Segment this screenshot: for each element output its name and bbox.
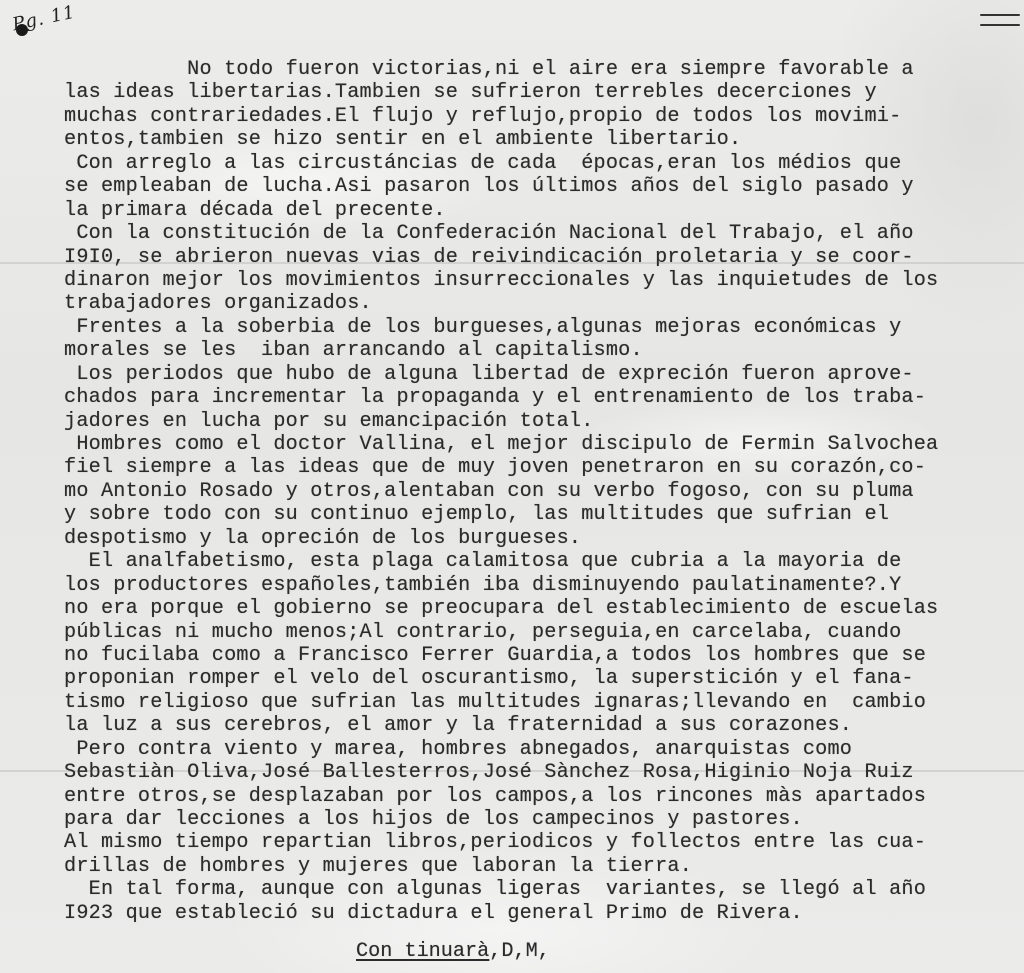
text-line: y sobre todo con su continuo ejemplo, la… <box>64 503 1024 526</box>
text-line: Frentes a la soberbia de los burgueses,a… <box>64 316 1024 339</box>
text-line: Pero contra viento y marea, hombres abne… <box>64 738 1024 761</box>
text-line: entos,tambien se hizo sentir en el ambie… <box>64 128 1024 151</box>
document-body: No todo fueron victorias,ni el aire era … <box>64 58 1024 925</box>
text-line: no era porque el gobierno se preocupara … <box>64 597 1024 620</box>
closing-signoff: ,D,M, <box>489 940 550 963</box>
closing-line: Con tinuarà,D,M, <box>356 940 550 963</box>
text-line: I923 que estableció su dictadura el gene… <box>64 902 1024 925</box>
text-line: I9I0, se abrieron nuevas vias de reivind… <box>64 246 1024 269</box>
typewritten-page: Pg. 11 No todo fueron victorias,ni el ai… <box>0 0 1024 973</box>
text-line: entre otros,se desplazaban por los campo… <box>64 785 1024 808</box>
text-line: no fucilaba como a Francisco Ferrer Guar… <box>64 644 1024 667</box>
text-line: mo Antonio Rosado y otros,alentaban con … <box>64 480 1024 503</box>
text-line: El analfabetismo, esta plaga calamitosa … <box>64 550 1024 573</box>
text-line: No todo fueron victorias,ni el aire era … <box>64 58 1024 81</box>
text-line: dinaron mejor los movimientos insurrecci… <box>64 269 1024 292</box>
text-line: muchas contrariedades.El flujo y reflujo… <box>64 105 1024 128</box>
text-line: drillas de hombres y mujeres que laboran… <box>64 855 1024 878</box>
text-line: despotismo y la opreción de los burguese… <box>64 527 1024 550</box>
text-line: para dar lecciones a los hijos de los ca… <box>64 808 1024 831</box>
text-line: chados para incrementar la propaganda y … <box>64 386 1024 409</box>
handwritten-page-note: Pg. 11 <box>11 2 78 36</box>
text-line: se empleaban de lucha.Asi pasaron los úl… <box>64 175 1024 198</box>
text-line: morales se les iban arrancando al capita… <box>64 339 1024 362</box>
closing-continuation: Con tinuarà <box>356 940 489 963</box>
text-line: Hombres como el doctor Vallina, el mejor… <box>64 433 1024 456</box>
text-line: Los periodos que hubo de alguna libertad… <box>64 363 1024 386</box>
text-line: la luz a sus cerebros, el amor y la frat… <box>64 714 1024 737</box>
text-line: Sebastiàn Oliva,José Ballesterros,José S… <box>64 761 1024 784</box>
text-line: públicas ni mucho menos;Al contrario, pe… <box>64 621 1024 644</box>
text-line: jadores en lucha por su emancipación tot… <box>64 410 1024 433</box>
text-line: trabajadores organizados. <box>64 292 1024 315</box>
text-line: Al mismo tiempo repartian libros,periodi… <box>64 831 1024 854</box>
text-line: Con la constitución de la Confederación … <box>64 222 1024 245</box>
text-line: las ideas libertarias.Tambien se sufrier… <box>64 81 1024 104</box>
text-line: Con arreglo a las circustáncias de cada … <box>64 152 1024 175</box>
corner-pen-marks <box>980 14 1020 30</box>
text-line: la primara década del precente. <box>64 199 1024 222</box>
text-line: fiel siempre a las ideas que de muy jove… <box>64 456 1024 479</box>
text-line: los productores españoles,también iba di… <box>64 574 1024 597</box>
text-line: tismo religioso que sufrian las multitud… <box>64 691 1024 714</box>
text-line: proponian romper el velo del oscurantism… <box>64 667 1024 690</box>
text-line: En tal forma, aunque con algunas ligeras… <box>64 878 1024 901</box>
